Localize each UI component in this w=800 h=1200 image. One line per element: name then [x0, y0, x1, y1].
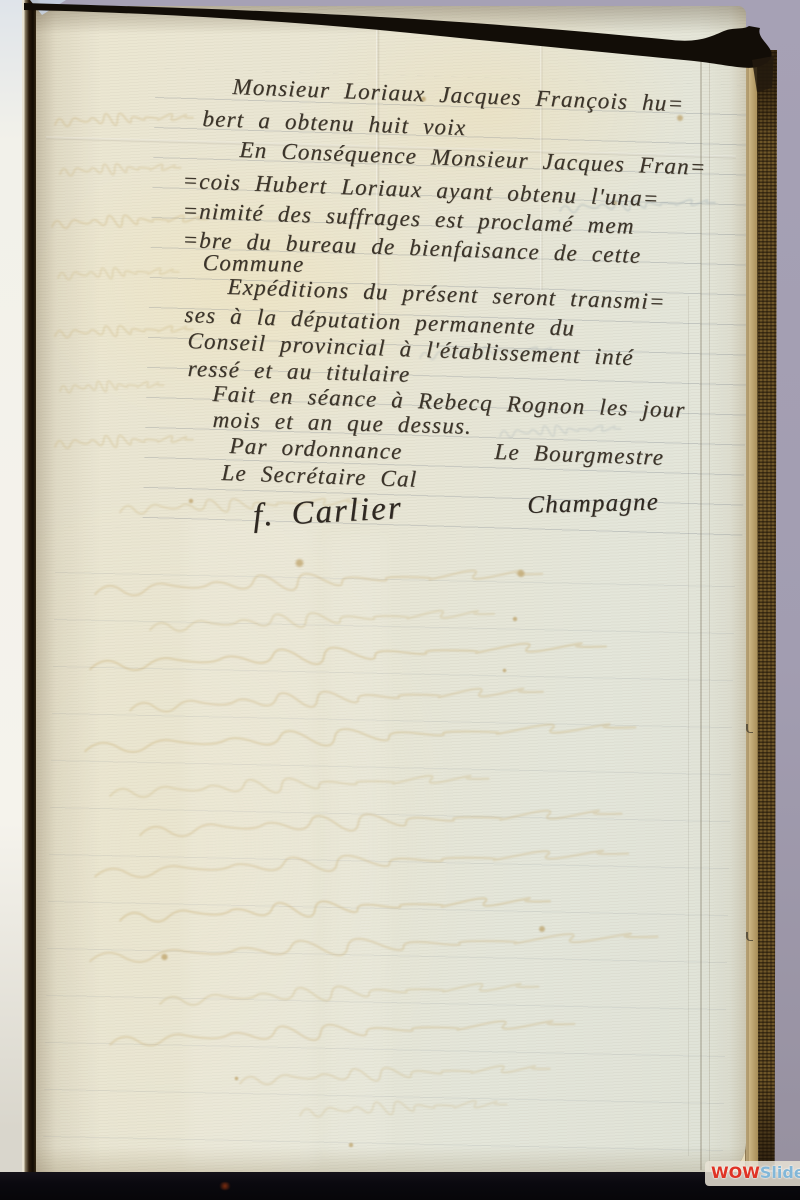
photo-frame: Monsieur Loriaux Jacques François hu= be… — [0, 0, 800, 1200]
watermark-badge[interactable]: WOWSlider — [705, 1161, 800, 1186]
signature-carlier: f. Carlier — [252, 490, 404, 535]
watermark-wow: WOW — [711, 1163, 760, 1182]
bottom-shadow-band — [0, 1172, 800, 1200]
watermark-slider: Slider — [760, 1163, 800, 1182]
bottom-red-fleck — [218, 1182, 232, 1190]
manuscript-line: Commune — [203, 250, 305, 278]
signature-champagne: Champagne — [527, 489, 659, 520]
